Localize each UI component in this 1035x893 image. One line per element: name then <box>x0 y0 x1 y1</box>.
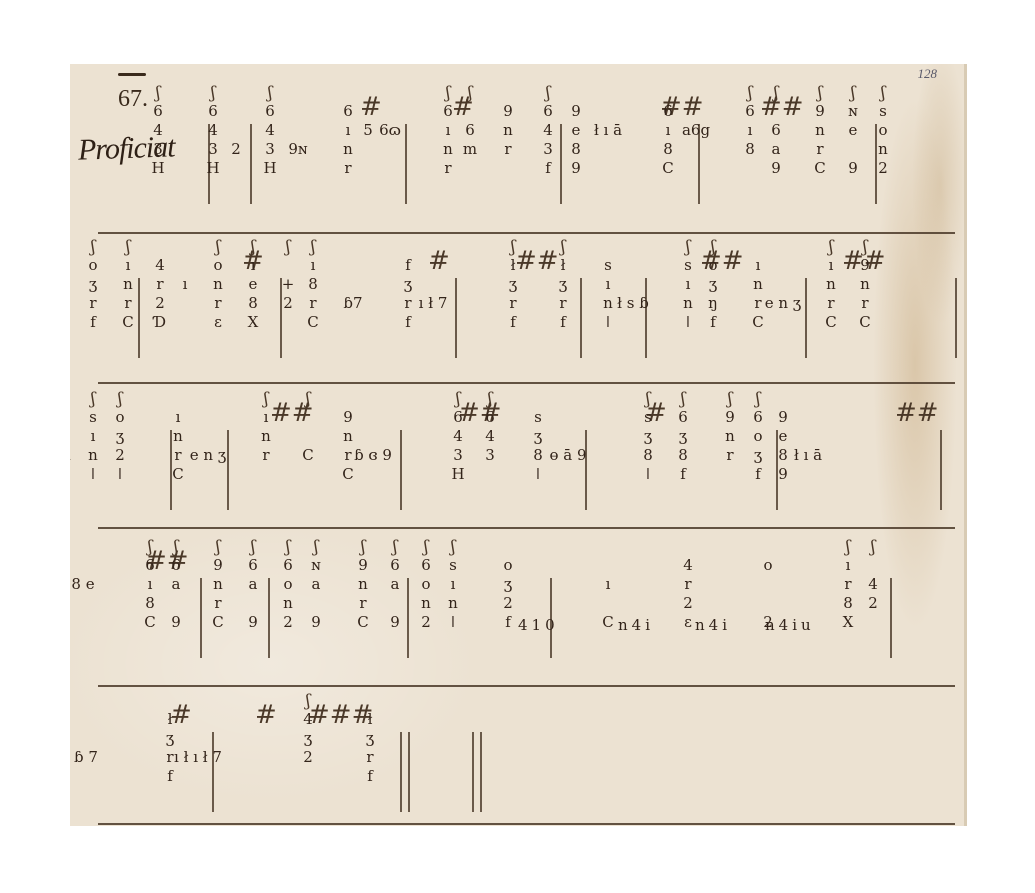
tab-letter: ł ı ā <box>794 446 822 465</box>
tab-letter: ʒ <box>509 275 517 294</box>
tab-letter: 6 <box>390 556 400 575</box>
tab-letter: ɵ ā 9 <box>549 446 586 465</box>
tab-letter: s <box>644 408 652 427</box>
barline <box>940 430 942 510</box>
rhythm-flag-icon: ʃ <box>118 392 123 408</box>
tab-letter: o <box>421 575 430 594</box>
tab-letter: 4 <box>153 121 163 140</box>
tab-letter: 6 <box>70 408 71 427</box>
tablature-chord: 6ɷ <box>382 86 398 178</box>
rhythm-flag-icon: ʃ <box>286 240 291 256</box>
rhythm-flag-icon: ʃ <box>148 540 153 556</box>
tab-letter: 6 <box>485 408 495 427</box>
tab-letter: n <box>815 121 825 140</box>
tablature-chord: ʃ643f <box>540 86 556 178</box>
tab-letter: e <box>849 121 858 140</box>
tablature-chord: ʃ9nr <box>722 392 738 484</box>
tab-letter: r <box>309 294 316 313</box>
tab-letter: ʒ <box>559 275 567 294</box>
tab-letter: 2 <box>421 613 431 632</box>
tab-letter: 6 <box>443 102 453 121</box>
tab-letter: ɓ7 <box>343 294 362 313</box>
tab-letter: o <box>878 121 887 140</box>
tab-letter: o <box>213 256 222 275</box>
tab-letter: ʒ <box>504 575 512 594</box>
tab-letter: 6 <box>265 102 275 121</box>
tablature-chord: ʃsʒ8ǀ <box>640 392 656 484</box>
barline <box>212 732 214 812</box>
rhythm-flag-icon: ʃ <box>264 392 269 408</box>
tab-letter: ı <box>91 427 96 446</box>
tablature-chord: ınrC <box>170 392 186 484</box>
tablature-chord: ʃoʒ2ǀ <box>112 392 128 484</box>
barline <box>268 578 270 658</box>
tablature-chord: ʃınrC <box>120 240 136 332</box>
tab-letter: 8 <box>643 446 653 465</box>
rhythm-flag-icon: ʃ <box>314 540 319 556</box>
rhythm-flag-icon: ʃ <box>871 540 876 556</box>
tab-letter: H <box>451 465 464 484</box>
tab-letter: 4 <box>303 710 313 729</box>
rhythm-flag-icon: ʃ <box>818 86 823 102</box>
system-rule <box>98 685 955 687</box>
tab-letter: r <box>124 294 131 313</box>
tablature-chord: ʃ6ı8 <box>742 86 758 178</box>
tab-letter: o <box>763 556 772 575</box>
tab-run: n4iu <box>765 616 815 634</box>
tab-letter: 9 <box>771 159 781 178</box>
tab-letter: r <box>366 748 373 767</box>
tab-letter: 3 <box>153 140 163 159</box>
tab-letter: r <box>89 294 96 313</box>
tab-letter: ŋ <box>708 294 718 313</box>
tab-letter: o <box>70 427 71 446</box>
barline <box>407 578 409 658</box>
tablature-chord: 6ı8C <box>660 86 676 178</box>
tab-letter: C <box>602 613 613 632</box>
tablature-chord: 4r2ɛ <box>680 540 696 632</box>
tab-letter: 6 <box>153 102 163 121</box>
tablature-chord: 9nrC <box>340 392 356 484</box>
tab-letter: f <box>367 767 373 786</box>
rhythm-flag-icon: ʃ <box>268 86 273 102</box>
tab-letter: n <box>343 427 353 446</box>
tab-letter: 6 <box>171 556 181 575</box>
tab-letter: a <box>172 575 181 594</box>
tab-letter: 6ɷ <box>379 121 401 140</box>
tab-letter: ı <box>176 408 181 427</box>
rhythm-flag-icon: ʃ <box>126 240 131 256</box>
tab-letter: f <box>405 256 411 275</box>
tablature-chord: ʃson2 <box>875 86 891 178</box>
tab-letter: 6 <box>208 102 218 121</box>
barline <box>580 278 582 358</box>
tab-letter: o <box>503 556 512 575</box>
tab-letter: r <box>827 294 834 313</box>
tab-letter: r <box>444 159 451 178</box>
tablature-chord: 2 <box>228 86 244 178</box>
tab-letter: 8 <box>308 275 318 294</box>
tab-letter: n <box>725 427 735 446</box>
tablature-chord: 9e89 <box>568 86 584 178</box>
tab-letter: n <box>753 275 763 294</box>
tab-letter: ǀ <box>606 313 610 332</box>
tablature-chord: ʃınr <box>258 392 274 484</box>
tablature-chord: a6g <box>688 86 704 178</box>
tablature-chord: ʃłʒrf <box>555 240 571 332</box>
tablature-chord: ʃ6ʒ8f <box>675 392 691 484</box>
tab-letter: 9 <box>390 613 400 632</box>
tab-letter: e <box>779 427 788 446</box>
tab-letter: ı <box>846 556 851 575</box>
tablature-chord: ʃ9nrC <box>355 540 371 632</box>
tab-letter: C <box>825 313 836 332</box>
tab-letter: ǀ <box>118 465 122 484</box>
tab-letter: ı <box>606 275 611 294</box>
tablature-chord: 9nr <box>500 86 516 178</box>
tab-letter: 2 <box>878 159 888 178</box>
barline <box>890 578 892 658</box>
tab-letter: n <box>70 446 71 465</box>
system-rule <box>98 823 955 825</box>
tab-letter: C <box>357 613 368 632</box>
tab-letter: ł <box>511 256 516 275</box>
tablature-chord: ɓ ɞ 9 <box>365 392 381 484</box>
barline <box>400 430 402 510</box>
rhythm-flag-icon: ʃ <box>311 240 316 256</box>
tab-letter: 8 <box>145 594 155 613</box>
tab-letter: 6 <box>543 102 553 121</box>
tab-letter: C <box>172 465 183 484</box>
tab-letter: 2 <box>231 140 241 159</box>
barline <box>138 278 140 358</box>
tablature-chord: e n ʒ <box>200 392 216 484</box>
tab-letter: f <box>90 313 96 332</box>
tablature-chord: ʃ643H <box>150 86 166 178</box>
tab-letter: H <box>206 159 219 178</box>
tab-letter: r <box>684 575 691 594</box>
tablature-chord: 9e89 <box>775 392 791 484</box>
tab-letter: n <box>358 575 368 594</box>
barline <box>200 578 202 658</box>
tab-letter: ı <box>748 121 753 140</box>
manuscript-page: 128 67. Proficiat ######ʃ643Hʃ643H2ʃ643H… <box>70 64 967 826</box>
tab-letter: 4 <box>485 427 495 446</box>
tab-letter: r <box>504 140 511 159</box>
tab-letter: 6 <box>465 121 475 140</box>
tab-letter: 9 <box>815 102 825 121</box>
tab-letter: 2 <box>503 594 513 613</box>
tab-letter: C <box>144 613 155 632</box>
tab-letter: ɛ <box>684 613 692 632</box>
tab-letter: n <box>261 427 271 446</box>
tab-letter: ı <box>264 408 269 427</box>
tab-letter: e <box>249 275 258 294</box>
tab-letter: a <box>391 575 400 594</box>
tab-letter: o <box>115 408 124 427</box>
rhythm-flag-icon: ʃ <box>829 240 834 256</box>
rhythm-flag-icon: ʃ <box>646 392 651 408</box>
tab-letter: ı <box>148 575 153 594</box>
tab-letter: 9 <box>248 613 258 632</box>
barline <box>472 732 474 812</box>
tab-letter: 6 <box>663 102 673 121</box>
rhythm-flag-icon: ʃ <box>251 240 256 256</box>
tablature-chord: łʒrf <box>362 694 378 786</box>
tablature-chord: ʃ6oʒf <box>750 392 766 484</box>
tab-letter: n <box>443 140 453 159</box>
tab-letter: ł ı ā <box>594 121 622 140</box>
tab-letter: 6 <box>145 556 155 575</box>
tab-letter: f <box>710 313 716 332</box>
tab-letter: 9 <box>343 408 353 427</box>
tablature-chord: ʃ643 <box>482 392 498 484</box>
tablature-chord: ınrC <box>750 240 766 332</box>
tab-letter: ǀ <box>536 465 540 484</box>
barline <box>955 278 957 358</box>
rhythm-flag-icon: ʃ <box>361 540 366 556</box>
tab-letter: ʒ <box>534 427 542 446</box>
rhythm-flag-icon: ʃ <box>216 240 221 256</box>
tab-letter: ı <box>451 575 456 594</box>
tab-letter: 6 <box>283 556 293 575</box>
tab-letter: ı <box>606 575 611 594</box>
tablature-chord: ʃıe8X <box>245 240 261 332</box>
rhythm-flag-icon: ʃ <box>728 392 733 408</box>
tab-letter: a <box>312 575 321 594</box>
tab-letter: n <box>173 427 183 446</box>
tab-letter: n <box>213 575 223 594</box>
rhythm-flag-icon: ʃ <box>546 86 551 102</box>
tablature-chord: ʃ6on2 <box>280 540 296 632</box>
tablature-chord: ıC <box>600 540 616 632</box>
tab-letter: 9 <box>725 408 735 427</box>
tab-letter: n <box>421 594 431 613</box>
tab-letter: 8 <box>533 446 543 465</box>
rhythm-flag-icon: ʃ <box>306 392 311 408</box>
tab-letter: f <box>167 767 173 786</box>
tab-letter: f <box>510 313 516 332</box>
tablature-chord: ɵ ā 9 <box>560 392 576 484</box>
tab-letter: n <box>826 275 836 294</box>
tab-letter: r <box>726 446 733 465</box>
tab-letter: ɓ 7 <box>74 748 98 767</box>
tab-letter: ł <box>168 710 173 729</box>
tab-letter: r <box>861 294 868 313</box>
tab-letter: C <box>662 159 673 178</box>
rhythm-flag-icon: ʃ <box>211 86 216 102</box>
tab-letter: 4 <box>868 575 878 594</box>
tab-letter: ʒ <box>709 275 717 294</box>
tablature-chord: ʃ643H <box>450 392 466 484</box>
tablature-chord: ʃ643H <box>262 86 278 178</box>
barline <box>408 732 410 812</box>
rhythm-flag-icon: ʃ <box>511 240 516 256</box>
tab-letter: n <box>503 121 513 140</box>
tab-letter: r <box>344 446 351 465</box>
tab-letter: ǀ <box>91 465 95 484</box>
rhythm-flag-icon: ʃ <box>306 694 311 710</box>
tab-letter: X <box>843 613 854 632</box>
tab-letter: 5 <box>363 121 373 140</box>
tab-letter: ʒ <box>679 427 687 446</box>
tab-letter: 6 <box>248 556 258 575</box>
tab-letter: ı ł ı ł 7 <box>174 748 222 767</box>
tablature-chord: łʒrf <box>162 694 178 786</box>
tab-letter: f <box>755 465 761 484</box>
tablature-chord: ʃ4ʒ2 <box>300 694 316 786</box>
tab-letter: ı <box>251 256 256 275</box>
tablature-chord: ʃ6a9 <box>768 86 784 178</box>
tab-letter: 2 <box>70 465 71 484</box>
tab-letter: ǀ <box>451 613 455 632</box>
rhythm-flag-icon: ʃ <box>468 86 473 102</box>
tab-letter: ı <box>686 275 691 294</box>
tablature-chord: 4r2Ɗ <box>152 240 168 332</box>
tablature-chord: ł ı ā <box>600 86 616 178</box>
tab-letter: X <box>248 313 259 332</box>
tab-letter: C <box>342 465 353 484</box>
tab-letter: 8 <box>571 140 581 159</box>
tab-letter: 9 <box>311 613 321 632</box>
tab-letter: 9 <box>213 556 223 575</box>
tab-letter: ʒ <box>304 729 312 748</box>
tab-letter: a <box>772 140 781 159</box>
tablature-chord: ł s ɓ <box>625 240 641 332</box>
tab-letter: 8 <box>248 294 258 313</box>
tab-letter: 8 <box>778 446 788 465</box>
rhythm-flag-icon: ʃ <box>174 540 179 556</box>
tablature-chord: ʃsınǀ <box>85 392 101 484</box>
tab-letter: o <box>708 256 717 275</box>
tab-letter: e n ʒ <box>190 446 227 465</box>
tab-letter: C <box>859 313 870 332</box>
tab-letter: 9 <box>571 159 581 178</box>
tab-letter: 2 <box>283 294 293 313</box>
rhythm-flag-icon: ʃ <box>686 240 691 256</box>
tab-letter: 8 <box>678 446 688 465</box>
tablature-chord: ʃsınǀ <box>680 240 696 332</box>
tab-letter: ł <box>561 256 566 275</box>
folio-number: 128 <box>918 66 938 82</box>
tab-letter: 6 <box>771 121 781 140</box>
tablature-chord: e n ʒ <box>775 240 791 332</box>
tablature-chord: ʃ6a9 <box>245 540 261 632</box>
tab-letter: n <box>448 594 458 613</box>
tablature-chord: ʃ6m <box>462 86 478 178</box>
tab-letter: + <box>282 275 295 294</box>
tab-letter: ı <box>126 256 131 275</box>
tablature-chord: ʃsınǀ <box>445 540 461 632</box>
tablature-chord: ʃłʒrf <box>505 240 521 332</box>
tab-letter: o <box>753 427 762 446</box>
tab-letter: a6g <box>682 121 710 140</box>
tab-letter: 2 <box>683 594 693 613</box>
rhythm-flag-icon: ʃ <box>881 86 886 102</box>
tab-letter: 9 <box>171 613 181 632</box>
tablature-chord: ı ł ı ł 7 <box>190 694 206 786</box>
tablature-chord: ɓ 7 <box>78 694 94 786</box>
tab-letter: n <box>683 294 693 313</box>
tab-letter: 9 <box>778 465 788 484</box>
rhythm-flag-icon: ʃ <box>286 540 291 556</box>
sharp-sign-icon: # <box>255 702 277 728</box>
tablature-chord: ʃ6on2 <box>418 540 434 632</box>
tab-letter: ı <box>446 121 451 140</box>
tablature-chord: ʃ6ınr <box>440 86 456 178</box>
tablature-chord: ı ł 7 <box>425 240 441 332</box>
tab-letter: 4 <box>265 121 275 140</box>
rhythm-flag-icon: ʃ <box>756 392 761 408</box>
tab-letter: 9 <box>778 408 788 427</box>
tablature-chord: ʃ+2 <box>280 240 296 332</box>
tab-letter: 4 <box>155 256 165 275</box>
tab-letter: r <box>559 294 566 313</box>
tab-letter: 4 <box>453 427 463 446</box>
tab-letter: 6 <box>343 102 353 121</box>
rhythm-flag-icon: ʃ <box>393 540 398 556</box>
tab-letter: 8 <box>843 594 853 613</box>
tab-letter: ɴ <box>311 556 321 575</box>
tab-letter: 2 <box>155 294 165 313</box>
tab-letter: 9 <box>358 556 368 575</box>
tab-letter: r <box>404 294 411 313</box>
rhythm-flag-icon: ʃ <box>561 240 566 256</box>
sharp-sign-icon: ## <box>895 400 939 426</box>
rhythm-flag-icon: ʃ <box>424 540 429 556</box>
rhythm-flag-icon: ʃ <box>91 392 96 408</box>
tablature-chord: ʃC <box>300 392 316 484</box>
rhythm-flag-icon: ʃ <box>846 540 851 556</box>
tablature-chord: ʃ9nrC <box>857 240 873 332</box>
tab-letter: C <box>212 613 223 632</box>
rhythm-flag-icon: ʃ <box>451 540 456 556</box>
rhythm-flag-icon: ʃ <box>446 86 451 102</box>
tab-letter: r <box>174 446 181 465</box>
tablature-chord: ʃonrɛ <box>210 240 226 332</box>
tablature-chord: ʃoʒŋf <box>705 240 721 332</box>
tablature-chord: ʃ6on2 <box>70 392 74 484</box>
tablature-chord: 9ɴ <box>290 86 306 178</box>
tab-letter: C <box>302 446 313 465</box>
tab-letter: ı <box>829 256 834 275</box>
rhythm-flag-icon: ʃ <box>488 392 493 408</box>
tab-letter: C <box>122 313 133 332</box>
tab-letter: r <box>816 140 823 159</box>
tab-letter: r <box>214 294 221 313</box>
tab-letter: ɓ ɞ 9 <box>354 446 392 465</box>
number-flourish <box>118 73 146 76</box>
tab-letter: n <box>343 140 353 159</box>
tab-letter: H <box>151 159 164 178</box>
rhythm-flag-icon: ʃ <box>711 240 716 256</box>
tab-letter: 2 <box>868 594 878 613</box>
rhythm-flag-icon: ʃ <box>216 540 221 556</box>
tab-letter: r <box>166 748 173 767</box>
tablature-chord: 5 <box>360 86 376 178</box>
tab-letter: ı <box>346 121 351 140</box>
barline <box>560 124 562 204</box>
tab-letter: f <box>405 313 411 332</box>
tab-letter: ı <box>756 256 761 275</box>
tab-letter: r <box>214 594 221 613</box>
tab-letter: C <box>814 159 825 178</box>
rhythm-flag-icon: ʃ <box>251 540 256 556</box>
tab-letter: 6 <box>745 102 755 121</box>
tab-letter: e n ʒ <box>765 294 802 313</box>
tab-letter: o <box>283 575 292 594</box>
rhythm-flag-icon: ʃ <box>681 392 686 408</box>
